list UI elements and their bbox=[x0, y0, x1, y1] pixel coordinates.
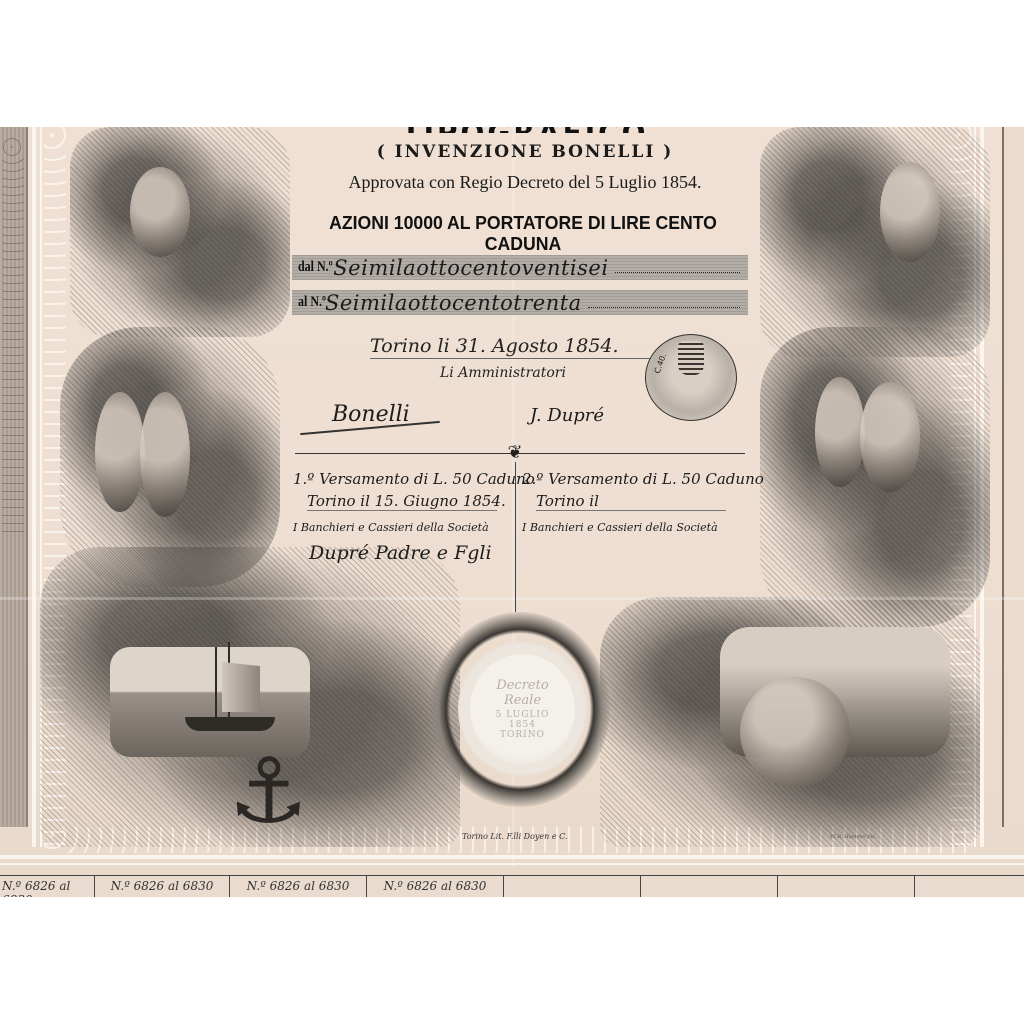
ship-hull-icon bbox=[185, 717, 275, 731]
woman-figure-icon bbox=[860, 382, 920, 492]
seal-line: Reale bbox=[504, 693, 541, 708]
royal-decree-approval: Approvata con Regio Decreto del 5 Luglio… bbox=[300, 172, 750, 193]
signature-bonelli: Bonelli bbox=[332, 402, 410, 427]
payment-receipt-1: 1.º Versamento di L. 50 Caduno Torino il… bbox=[293, 470, 513, 564]
stamp-value: C.40. bbox=[653, 352, 669, 375]
ledger-cell: N.º 6826 al 6830 bbox=[95, 876, 230, 897]
dotted-fill bbox=[615, 262, 740, 273]
payment-date: Torino il 15. Giugno 1854. bbox=[307, 492, 497, 511]
from-label: dal N.º bbox=[298, 259, 333, 276]
number-to-band: al N.º Seimilaottocentotrenta bbox=[292, 290, 748, 315]
payment-heading: 1.º Versamento di L. 50 Caduno bbox=[293, 470, 513, 488]
printer-imprint: Torino Lit. F.lli Doyen e C. bbox=[462, 832, 568, 841]
woman-figure-icon bbox=[815, 377, 865, 487]
bankers-label: I Banchieri e Cassieri della Società bbox=[293, 521, 513, 534]
cherub-figure-icon bbox=[95, 392, 145, 512]
ledger-cell bbox=[504, 876, 641, 897]
child-figure-icon bbox=[740, 677, 850, 787]
child-figure-icon bbox=[880, 162, 940, 262]
ledger-cell: N.º 6826 al 6830 bbox=[367, 876, 504, 897]
banker-signature: Dupré Padre e Fgli bbox=[309, 542, 513, 564]
ledger-cell: N.º 6826 al 6830 bbox=[230, 876, 367, 897]
invention-subtitle: ( INVENZIONE BONELLI ) bbox=[300, 142, 750, 162]
seal-line: 1854 bbox=[509, 720, 536, 730]
ship-mast-icon bbox=[215, 647, 217, 722]
to-label: al N.º bbox=[298, 294, 326, 311]
ledger-cell bbox=[915, 876, 1024, 897]
to-value: Seimilaottocentotrenta bbox=[325, 291, 582, 315]
shares-description: AZIONI 10000 AL PORTATORE DI LIRE CENTO … bbox=[293, 213, 754, 255]
ledger-cell bbox=[778, 876, 915, 897]
seal-line: Decreto bbox=[496, 678, 548, 693]
frame-line bbox=[32, 127, 36, 847]
signature-dupre: J. Dupré bbox=[530, 405, 604, 426]
payment-date: Torino il bbox=[536, 492, 726, 511]
bankers-label: I Banchieri e Cassieri della Società bbox=[522, 521, 742, 534]
issue-date: Torino li 31. Agosto 1854. bbox=[370, 335, 650, 359]
scroll-ornament-icon: ❦ bbox=[485, 443, 545, 463]
engraver-credit: W. R. Hammel fec. bbox=[830, 834, 877, 840]
seal-ring-text: TORINO bbox=[500, 730, 545, 740]
payment-heading: 2.º Versamento di L. 50 Caduno bbox=[522, 470, 742, 488]
payment-receipt-2: 2.º Versamento di L. 50 Caduno Torino il… bbox=[522, 470, 742, 542]
dotted-fill bbox=[588, 297, 740, 308]
anchor-icon: ⚓ bbox=[228, 747, 309, 837]
adjacent-certificate-edge bbox=[0, 127, 28, 827]
coupon-ledger: N.º 6826 al 6830 N.º 6826 al 6830 N.º 68… bbox=[0, 875, 1024, 897]
sail-icon bbox=[222, 662, 260, 712]
share-certificate: ⚓ DELL'ISTITUTO TIPOGRAFICO ( INVENZIONE… bbox=[0, 127, 1024, 897]
royal-crest-icon bbox=[678, 341, 704, 375]
vignette-child-with-type-cases-icon bbox=[760, 127, 990, 357]
revenue-stamp: C.40. bbox=[645, 334, 737, 421]
child-figure-icon bbox=[130, 167, 190, 257]
administrators-label: Li Amministratori bbox=[440, 365, 566, 381]
cherub-figure-icon bbox=[140, 392, 190, 517]
number-from-band: dal N.º Seimilaottocentoventisei bbox=[292, 255, 748, 280]
company-title: DELL'ISTITUTO TIPOGRAFICO bbox=[300, 127, 750, 133]
from-value: Seimilaottocentoventisei bbox=[333, 256, 608, 280]
embossed-seal: Decreto Reale 5 LUGLIO 1854 TORINO bbox=[458, 642, 587, 776]
ledger-cell bbox=[641, 876, 778, 897]
adjacent-certificate-edge-right bbox=[1002, 127, 1024, 827]
ledger-cell: N.º 6826 al 6830 bbox=[0, 876, 95, 897]
seal-line: 5 LUGLIO bbox=[496, 710, 550, 720]
